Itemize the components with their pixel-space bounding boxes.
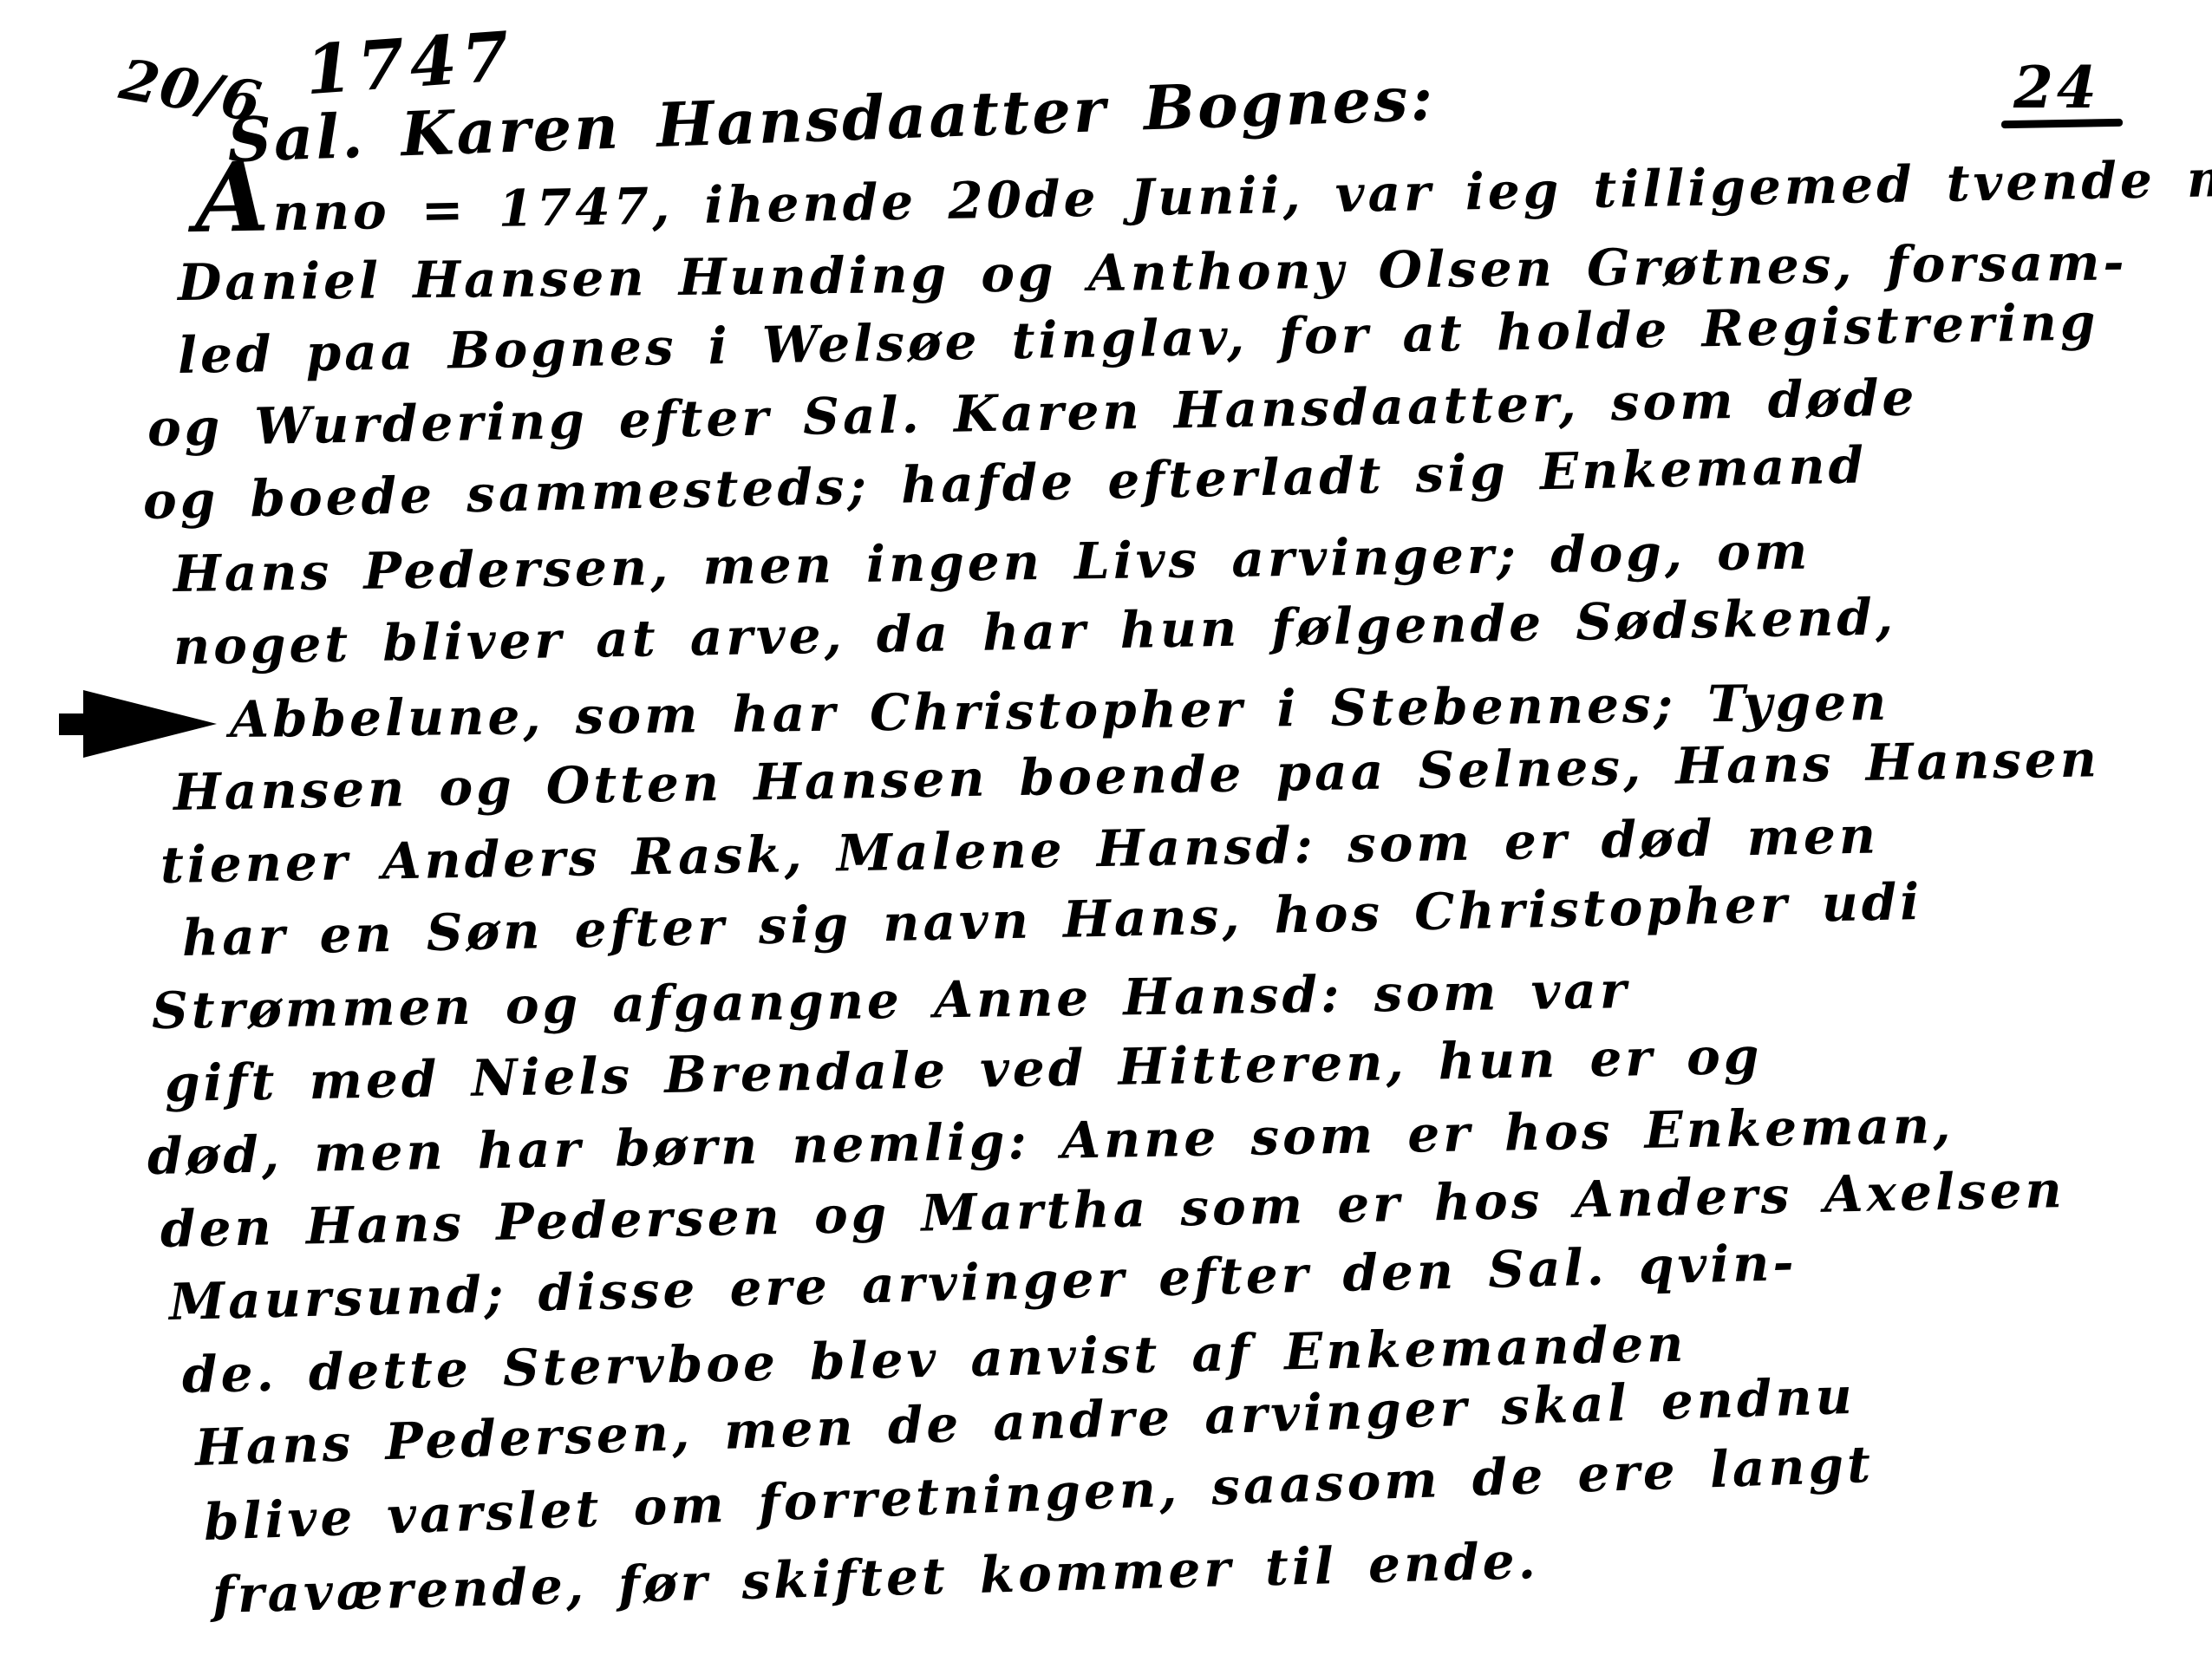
manuscript-line: Anno = 1747, ihende 20de Junii, var ieg … <box>194 132 2212 244</box>
manuscript-line: fraværende, før skiftet kommer til ende. <box>212 1531 1539 1625</box>
manuscript-page: 20/6 1747 Sal. Karen Hansdaatter Bognes:… <box>0 0 2212 1655</box>
manuscript-line: Strømmen og afgangne Anne Hansd: som var <box>152 961 1630 1040</box>
manuscript-line: noget bliver at arve, da har hun følgend… <box>173 587 1896 676</box>
manuscript-line: Hans Pedersen, men ingen Livs arvinger; … <box>173 522 1811 603</box>
manuscript-line: gift med Niels Brendale ved Hitteren, hu… <box>164 1026 1762 1113</box>
manuscript-body: Anno = 1747, ihende 20de Junii, var ieg … <box>0 0 2212 1655</box>
